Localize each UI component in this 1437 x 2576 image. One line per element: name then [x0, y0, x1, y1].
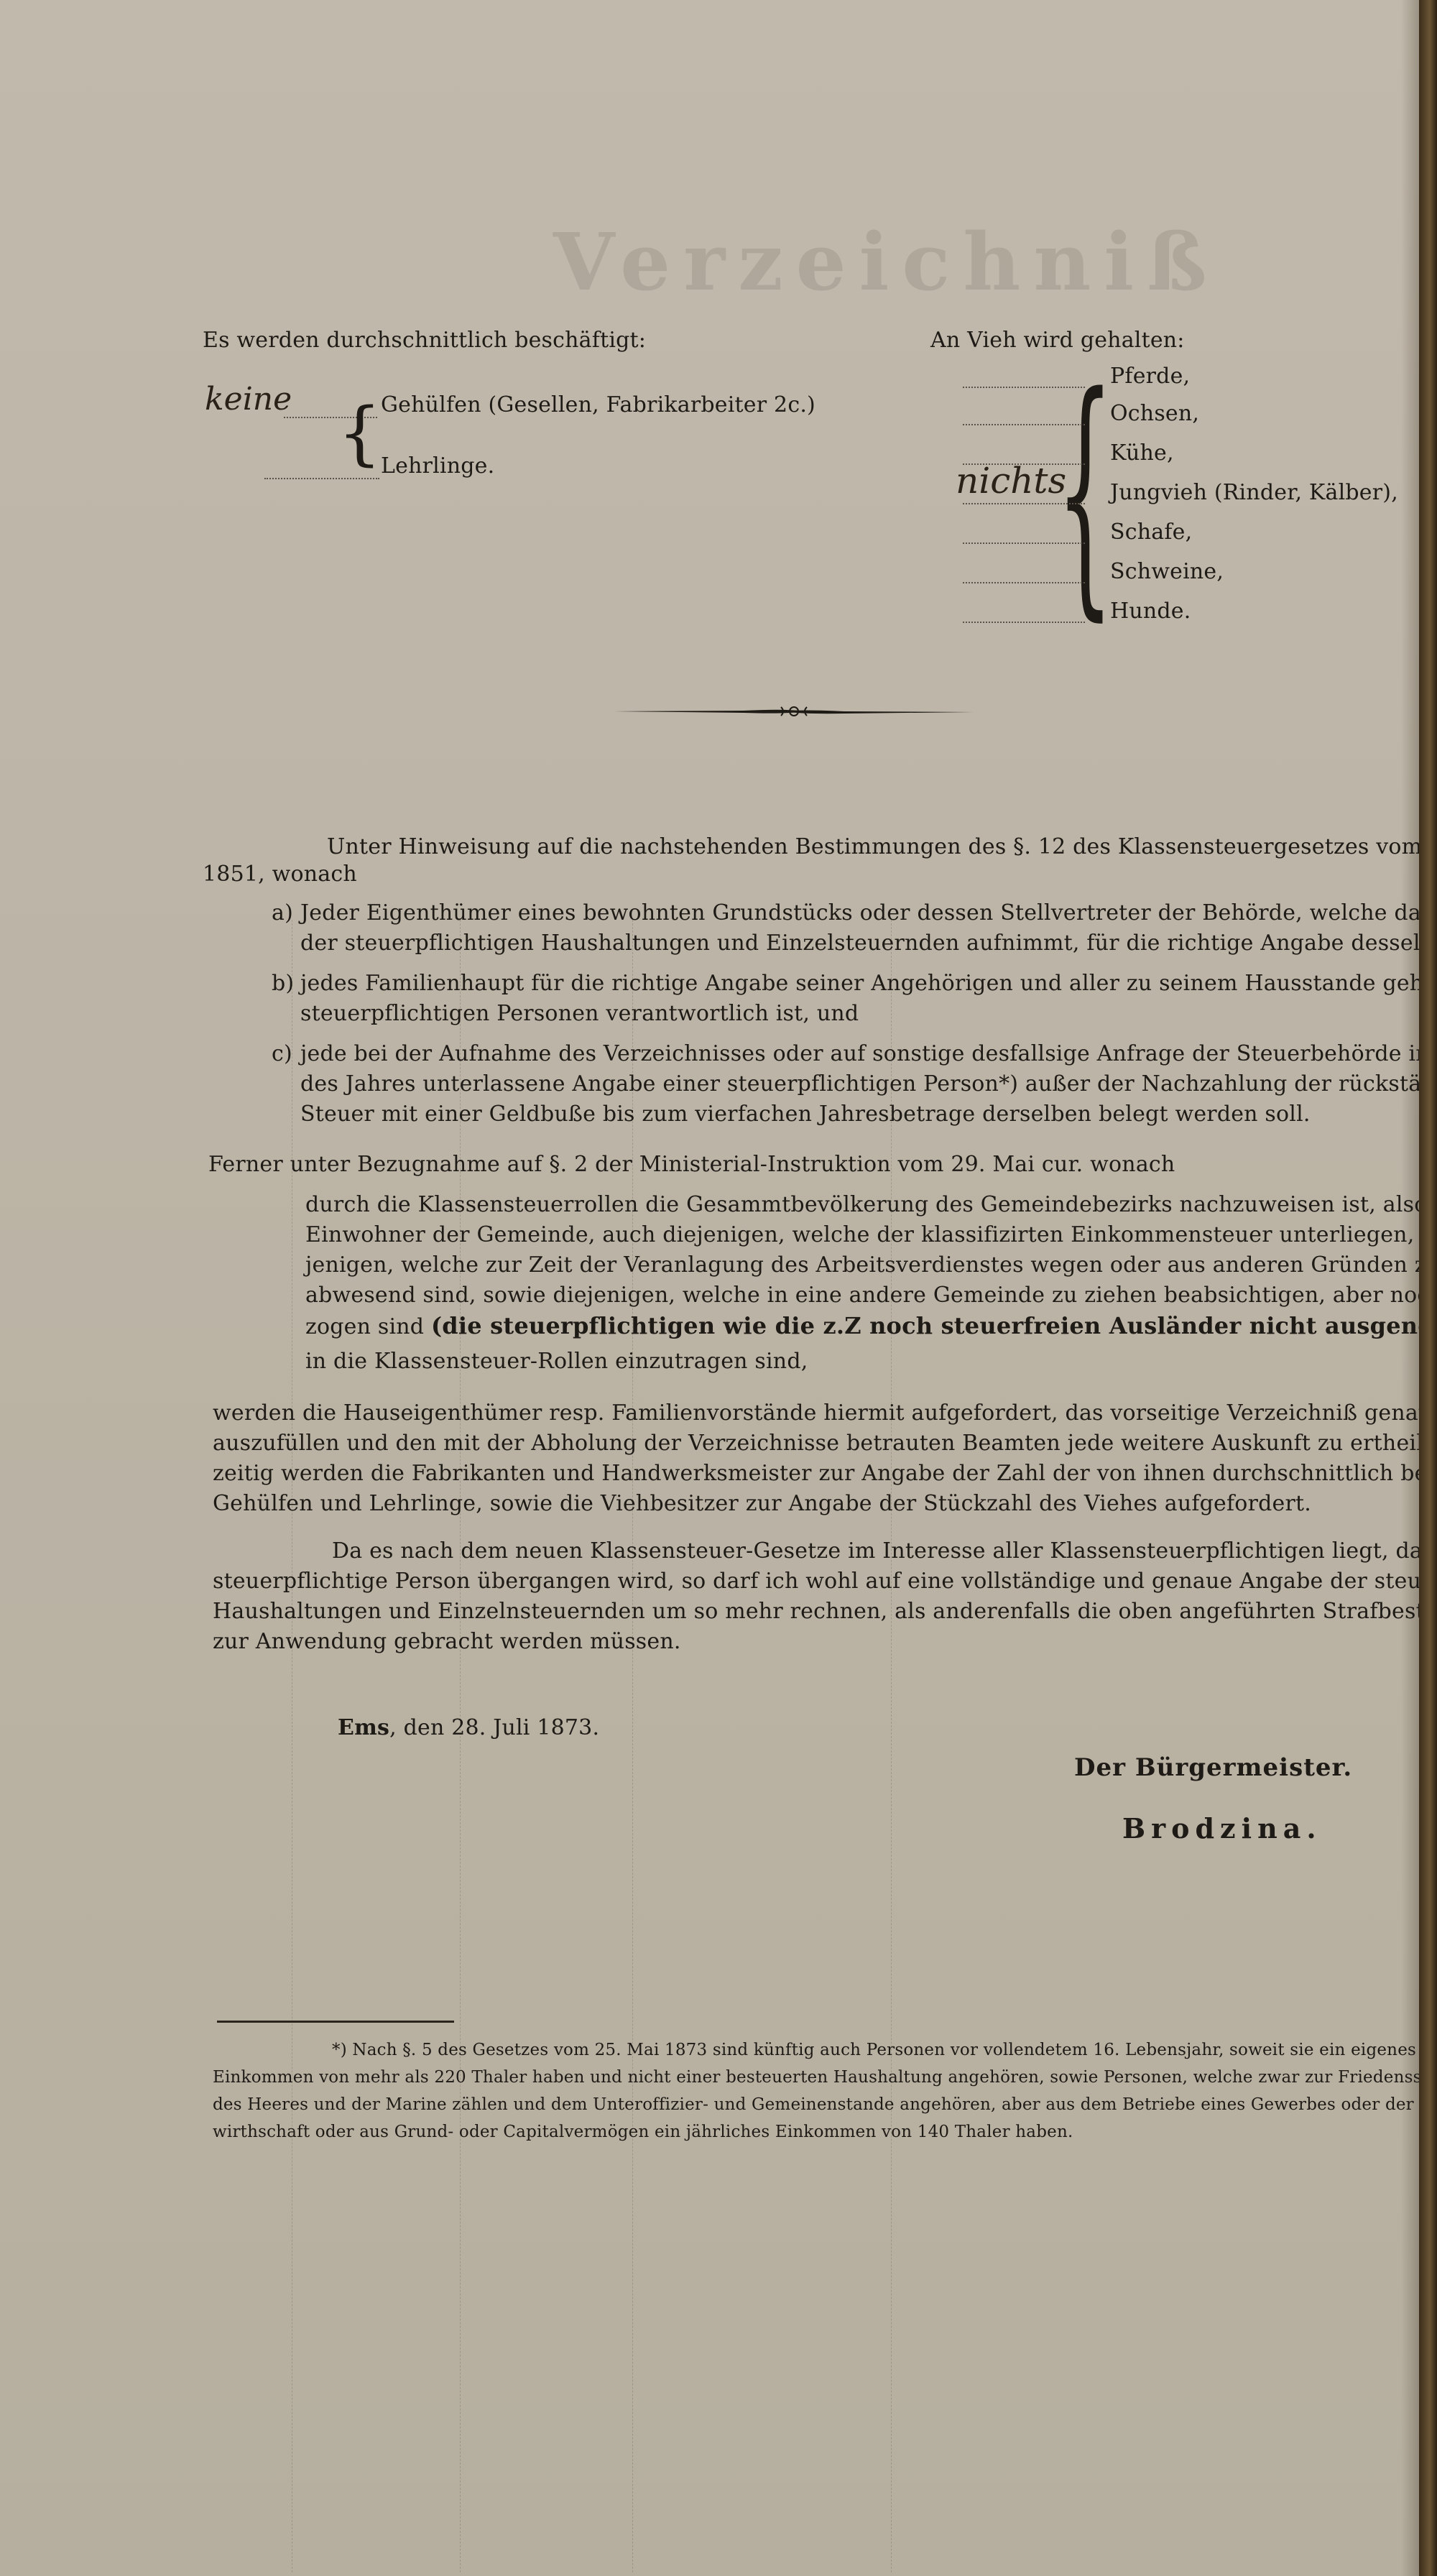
item-line: steuerpflichtigen Personen verantwortlic… [300, 1000, 859, 1028]
fill-line [963, 543, 1085, 544]
item-marker: c) [272, 1040, 292, 1068]
fill-line [963, 463, 1085, 465]
fill-line [963, 503, 1085, 504]
closing-line: Da es nach dem neuen Klassensteuer-Geset… [332, 1538, 1437, 1565]
livestock-row-label: Schweine, [1110, 558, 1224, 586]
date-text: , den 28. Juli 1873. [389, 1715, 599, 1740]
place-name: Ems [338, 1715, 389, 1740]
signature-title: Der Bürgermeister. [1074, 1753, 1352, 1782]
place-date: Ems, den 28. Juli 1873. [338, 1714, 599, 1742]
intro-line: 1851, wonach [203, 861, 357, 888]
employees-heading: Es werden durchschnittlich beschäftigt: [203, 327, 646, 354]
footnote-divider [217, 2021, 454, 2023]
fill-line [963, 622, 1085, 623]
item-line: der steuerpflichtigen Haushaltungen und … [300, 930, 1437, 957]
fill-line [963, 424, 1085, 425]
handwritten-livestock-entry: nichts [956, 460, 1066, 502]
footnote-line: *) Nach §. 5 des Gesetzes vom 25. Mai 18… [332, 2039, 1416, 2061]
signature-name: Brodzina. [1122, 1812, 1322, 1845]
closing-line: steuerpflichtige Person übergangen wird,… [213, 1568, 1437, 1595]
employees-row-label: Lehrlinge. [381, 453, 494, 480]
employees-row-label: Gehülfen (Gesellen, Fabrikarbeiter 2c.) [381, 392, 815, 419]
foreigners-note-bold: (die steuerpflichtigen wie die z.Z noch … [431, 1312, 1437, 1339]
fill-line [264, 478, 379, 479]
ferner-line: Ferner unter Bezugnahme auf §. 2 der Min… [208, 1151, 1175, 1178]
ferner-last-prefix: zogen sind [305, 1314, 424, 1339]
footnote-line: des Heeres und der Marine zählen und dem… [213, 2094, 1437, 2115]
livestock-row-label: Pferde, [1110, 363, 1190, 390]
footnote-line: Einkommen von mehr als 220 Thaler haben … [213, 2067, 1437, 2088]
book-spine [1419, 0, 1437, 2576]
item-line: jede bei der Aufnahme des Verzeichnisses… [300, 1040, 1437, 1068]
ferner-block-line: jenigen, welche zur Zeit der Veranlagung… [305, 1252, 1437, 1279]
footnote-line: wirthschaft oder aus Grund- oder Capital… [213, 2121, 1073, 2143]
ferner-block-line: durch die Klassensteuerrollen die Gesamm… [305, 1191, 1437, 1219]
item-marker: a) [272, 900, 293, 927]
livestock-row-label: Hunde. [1110, 598, 1191, 625]
bleed-through-title: Verzeichniß [553, 216, 1220, 308]
request-line: Gehülfen und Lehrlinge, sowie die Viehbe… [213, 1490, 1311, 1518]
item-marker: b) [272, 970, 294, 997]
ferner-block-line: zogen sind (die steuerpflichtigen wie di… [305, 1312, 1437, 1341]
closing-line: Haushaltungen und Einzelnsteuernden um s… [213, 1598, 1437, 1625]
ferner-block-line: abwesend sind, sowie diejenigen, welche … [305, 1282, 1437, 1309]
item-line: Steuer mit einer Geldbuße bis zum vierfa… [300, 1101, 1311, 1128]
livestock-row-label: Schafe, [1110, 519, 1192, 546]
item-line: jedes Familienhaupt für die richtige Ang… [300, 970, 1437, 997]
ornamental-divider-icon [614, 703, 974, 720]
closing-line: zur Anwendung gebracht werden müssen. [213, 1628, 681, 1656]
intro-line: Unter Hinweisung auf die nachstehenden B… [327, 834, 1437, 861]
request-line: werden die Hauseigenthümer resp. Familie… [213, 1400, 1437, 1427]
brace-icon: { [338, 399, 382, 468]
request-line: zeitig werden die Fabrikanten und Handwe… [213, 1460, 1437, 1487]
fill-line [963, 582, 1085, 583]
livestock-row-label: Ochsen, [1110, 400, 1199, 428]
livestock-row-label: Jungvieh (Rinder, Kälber), [1110, 479, 1398, 507]
handwritten-employees-entry: keine [205, 381, 292, 417]
fill-line [963, 387, 1085, 388]
ferner-end-line: in die Klassensteuer-Rollen einzutragen … [305, 1348, 808, 1375]
ferner-block-line: Einwohner der Gemeinde, auch diejenigen,… [305, 1222, 1437, 1249]
item-line: des Jahres unterlassene Angabe einer ste… [300, 1071, 1437, 1098]
document-page: Verzeichniß Es werden durchschnittlich b… [0, 0, 1419, 2576]
livestock-row-label: Kühe, [1110, 440, 1174, 467]
item-line: Jeder Eigenthümer eines bewohnten Grunds… [300, 900, 1437, 927]
request-line: auszufüllen und den mit der Abholung der… [213, 1430, 1437, 1457]
